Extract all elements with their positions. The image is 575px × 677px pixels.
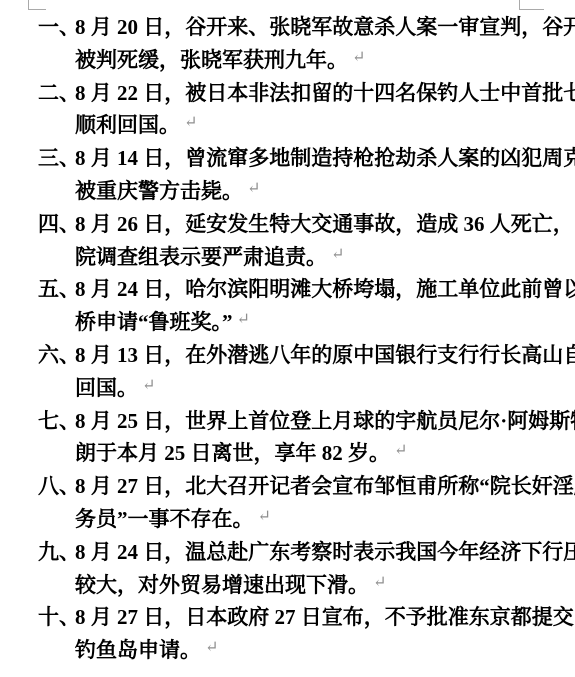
document-line: 四、8 月 26 日，延安发生特大交通事故，造成 36 人死亡，国务 [38, 208, 538, 241]
paragraph-return-mark-icon: ↵ [331, 239, 344, 272]
item-text: 桥申请“鲁班奖。” [75, 310, 233, 334]
list-item: 一、8 月 20 日，谷开来、张晓军故意杀人案一审宣判，谷开来被判死缓，张晓军获… [38, 11, 538, 77]
item-number-label: 八、 [38, 470, 75, 503]
document-line: 回国。↵ [38, 372, 538, 405]
document-body: 一、8 月 20 日，谷开来、张晓军故意杀人案一审宣判，谷开来被判死缓，张晓军获… [38, 11, 538, 667]
list-item: 八、8 月 27 日，北大召开记者会宣布邹恒甫所称“院长奸淫服务员”一事不存在。… [38, 470, 538, 536]
document-line: 被判死缓，张晓军获刑九年。↵ [38, 44, 538, 77]
paragraph-return-mark-icon: ↵ [258, 501, 271, 534]
paragraph-return-mark-icon: ↵ [352, 42, 365, 75]
document-line: 桥申请“鲁班奖。”↵ [38, 306, 538, 339]
item-text: 8 月 27 日，北大召开记者会宣布邹恒甫所称“院长奸淫服 [75, 470, 538, 503]
paragraph-return-mark-icon: ↵ [247, 173, 260, 206]
document-line: 九、8 月 24 日，温总赴广东考察时表示我国今年经济下行压力 [38, 536, 538, 569]
item-text: 被重庆警方击毙。 [75, 179, 243, 203]
item-number-label: 十、 [38, 601, 75, 634]
document-line: 十、8 月 27 日，日本政府 27 日宣布，不予批准东京都提交的登 [38, 601, 538, 634]
item-text: 回国。 [75, 376, 138, 400]
document-line: 五、8 月 24 日，哈尔滨阳明滩大桥垮塌，施工单位此前曾以此 [38, 273, 538, 306]
list-item: 五、8 月 24 日，哈尔滨阳明滩大桥垮塌，施工单位此前曾以此桥申请“鲁班奖。”… [38, 273, 538, 339]
document-line: 较大，对外贸易增速出现下滑。↵ [38, 569, 538, 602]
item-text: 较大，对外贸易增速出现下滑。 [75, 573, 369, 597]
item-number-label: 六、 [38, 339, 75, 372]
item-text: 顺利回国。 [75, 113, 180, 137]
item-number-label: 四、 [38, 208, 75, 241]
item-text: 8 月 26 日，延安发生特大交通事故，造成 36 人死亡，国务 [75, 208, 538, 241]
document-line: 二、8 月 22 日，被日本非法扣留的十四名保钓人士中首批七人 [38, 77, 538, 110]
document-page: 一、8 月 20 日，谷开来、张晓军故意杀人案一审宣判，谷开来被判死缓，张晓军获… [0, 0, 575, 677]
item-text: 8 月 24 日，温总赴广东考察时表示我国今年经济下行压力 [75, 536, 538, 569]
list-item: 七、8 月 25 日，世界上首位登上月球的宇航员尼尔·阿姆斯特朗于本月 25 日… [38, 405, 538, 471]
item-text: 8 月 22 日，被日本非法扣留的十四名保钓人士中首批七人 [75, 77, 538, 110]
item-text: 8 月 24 日，哈尔滨阳明滩大桥垮塌，施工单位此前曾以此 [75, 273, 538, 306]
item-number-label: 九、 [38, 536, 75, 569]
item-text: 8 月 27 日，日本政府 27 日宣布，不予批准东京都提交的登 [75, 601, 538, 634]
margin-crop-mark-left [28, 0, 46, 10]
item-text: 8 月 13 日，在外潜逃八年的原中国银行支行行长高山自首 [75, 339, 538, 372]
item-text: 务员”一事不存在。 [75, 507, 254, 531]
item-text: 被判死缓，张晓军获刑九年。 [75, 48, 348, 72]
document-line: 朗于本月 25 日离世，享年 82 岁。↵ [38, 437, 538, 470]
document-line: 钓鱼岛申请。↵ [38, 634, 538, 667]
item-text: 8 月 20 日，谷开来、张晓军故意杀人案一审宣判，谷开来 [75, 11, 538, 44]
document-line: 顺利回国。↵ [38, 109, 538, 142]
item-number-label: 二、 [38, 77, 75, 110]
list-item: 四、8 月 26 日，延安发生特大交通事故，造成 36 人死亡，国务院调查组表示… [38, 208, 538, 274]
item-text: 8 月 25 日，世界上首位登上月球的宇航员尼尔·阿姆斯特 [75, 405, 538, 438]
item-number-label: 一、 [38, 11, 75, 44]
list-item: 十、8 月 27 日，日本政府 27 日宣布，不予批准东京都提交的登钓鱼岛申请。… [38, 601, 538, 667]
paragraph-return-mark-icon: ↵ [394, 435, 407, 468]
paragraph-return-mark-icon: ↵ [142, 370, 155, 403]
list-item: 六、8 月 13 日，在外潜逃八年的原中国银行支行行长高山自首回国。↵ [38, 339, 538, 405]
document-line: 七、8 月 25 日，世界上首位登上月球的宇航员尼尔·阿姆斯特 [38, 405, 538, 438]
document-line: 六、8 月 13 日，在外潜逃八年的原中国银行支行行长高山自首 [38, 339, 538, 372]
list-item: 二、8 月 22 日，被日本非法扣留的十四名保钓人士中首批七人顺利回国。↵ [38, 77, 538, 143]
item-number-label: 五、 [38, 273, 75, 306]
paragraph-return-mark-icon: ↵ [373, 567, 386, 600]
item-number-label: 三、 [38, 142, 75, 175]
document-line: 院调查组表示要严肃追责。↵ [38, 241, 538, 274]
document-line: 三、8 月 14 日，曾流窜多地制造持枪抢劫杀人案的凶犯周克华 [38, 142, 538, 175]
item-text: 钓鱼岛申请。 [75, 638, 201, 662]
margin-crop-mark-right [519, 0, 544, 10]
document-line: 被重庆警方击毙。↵ [38, 175, 538, 208]
paragraph-return-mark-icon: ↵ [237, 304, 250, 337]
item-text: 朗于本月 25 日离世，享年 82 岁。 [75, 441, 390, 465]
item-text: 8 月 14 日，曾流窜多地制造持枪抢劫杀人案的凶犯周克华 [75, 142, 538, 175]
paragraph-return-mark-icon: ↵ [184, 107, 197, 140]
document-line: 务员”一事不存在。↵ [38, 503, 538, 536]
list-item: 九、8 月 24 日，温总赴广东考察时表示我国今年经济下行压力较大，对外贸易增速… [38, 536, 538, 602]
document-line: 八、8 月 27 日，北大召开记者会宣布邹恒甫所称“院长奸淫服 [38, 470, 538, 503]
document-line: 一、8 月 20 日，谷开来、张晓军故意杀人案一审宣判，谷开来 [38, 11, 538, 44]
paragraph-return-mark-icon: ↵ [205, 632, 218, 665]
list-item: 三、8 月 14 日，曾流窜多地制造持枪抢劫杀人案的凶犯周克华被重庆警方击毙。↵ [38, 142, 538, 208]
item-number-label: 七、 [38, 405, 75, 438]
item-text: 院调查组表示要严肃追责。 [75, 245, 327, 269]
